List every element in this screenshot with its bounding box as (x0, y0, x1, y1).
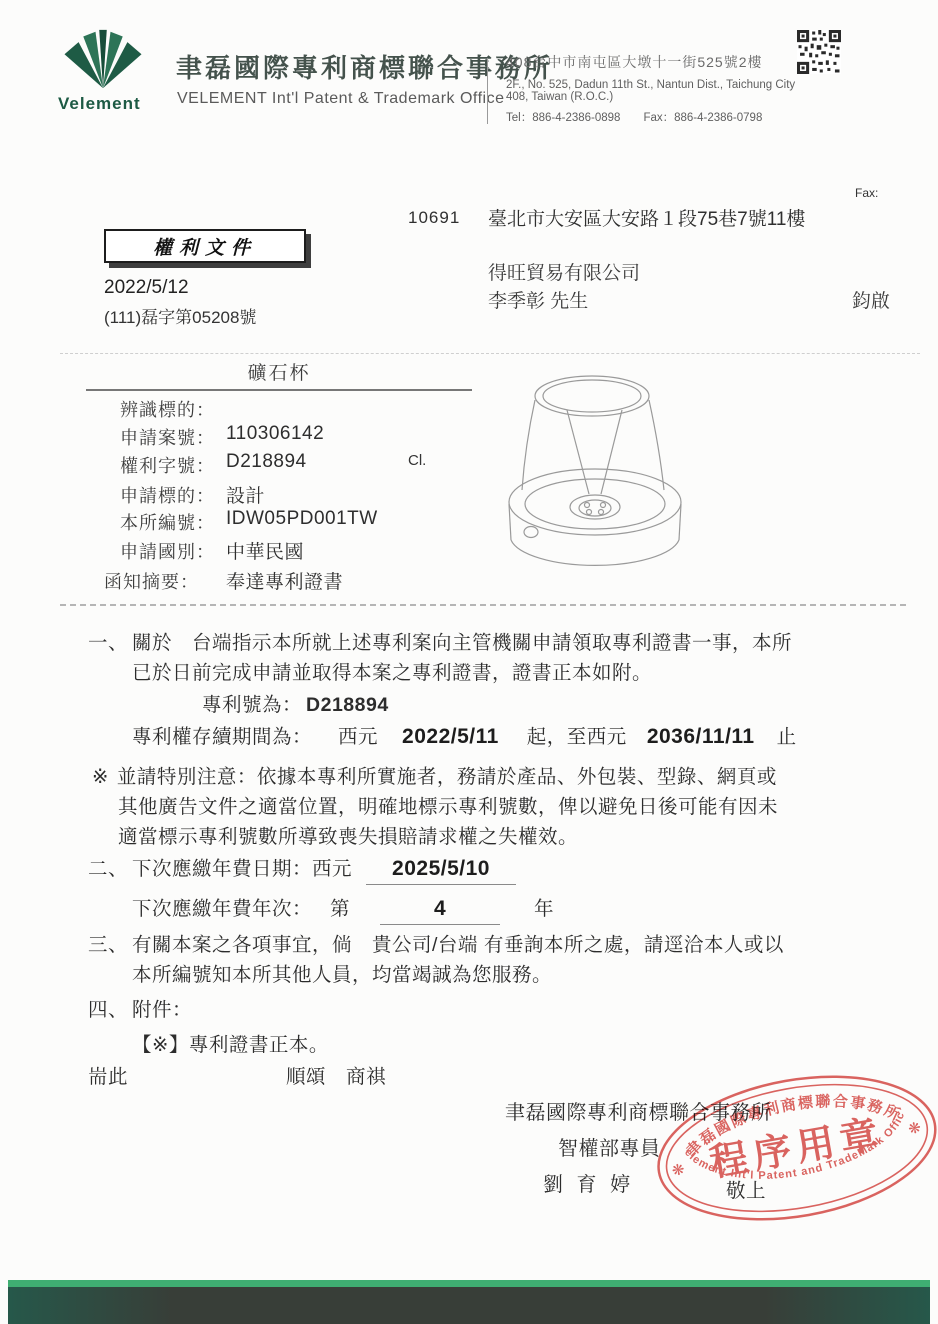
scan-separator-top (60, 353, 920, 354)
company-logo: Velement (58, 28, 158, 114)
fee-year-value: 4 (380, 894, 500, 925)
item1-number: 一、 (88, 628, 128, 658)
item4-attachment: 【※】專利證書正本。 (132, 1030, 329, 1060)
closing-duanci: 耑此 (88, 1062, 128, 1092)
scanned-letter-page: Velement 聿磊國際專利商標聯合事務所 VELEMENT Int'l Pa… (0, 0, 938, 1324)
footer-bar-light-strip (8, 1280, 930, 1287)
patent-term-line: 專利權存續期間為： 西元 2022/5/11 起，至西元 2036/11/11 … (132, 722, 797, 752)
doc-date: 2022/5/12 (104, 277, 189, 299)
fee-year-prefix: 第 (330, 894, 350, 924)
fee-date-label: 下次應繳年費日期：西元 (132, 854, 352, 884)
term-end-date: 2036/11/11 (647, 722, 755, 752)
item3-line2: 本所編號知本所其他人員，均當竭誠為您服務。 (132, 960, 552, 990)
notice-line2: 其他廣告文件之適當位置，明確地標示專利號數，俾以避免日後可能有因未 (118, 792, 778, 822)
office-tel-fax: Tel：886-4-2386-0898 Fax：886-4-2386-0798 (506, 109, 796, 125)
item4-number: 四、 (88, 995, 128, 1025)
item1-line1: 關於 台端指示本所就上述專利案向主管機關申請領取專利證書一事，本所 (132, 628, 792, 658)
fee-date-value: 2025/5/10 (366, 854, 516, 885)
field-value: 110306142 (226, 423, 324, 445)
office-name-zh: 聿磊國際專利商標聯合事務所 (176, 48, 553, 85)
fee-year-line: 下次應繳年費年次： 第 4 年 (132, 894, 554, 925)
term-label: 專利權存續期間為： (132, 722, 312, 752)
field-label: 申請標的： (120, 482, 215, 508)
office-address-en: 2F., No. 525, Dadun 11th St., Nantun Dis… (506, 79, 796, 103)
summary-value: 奉達專利證書 (226, 567, 343, 594)
patent-number-value: D218894 (306, 690, 389, 720)
product-drawing-mineral-cup (495, 352, 695, 587)
term-mid: 起，至西元 (527, 722, 627, 752)
item3-number: 三、 (88, 930, 128, 960)
term-start-date: 2022/5/11 (402, 722, 499, 752)
closing-shunsong: 順頌 商祺 (286, 1062, 386, 1092)
notice-line1-wrap: ※ 並請特別注意：依據本專利所實施者，務請於產品、外包裝、型錄、網頁或 (92, 762, 777, 792)
company-stamp: 聿磊國際專利商標聯合事務所 Velement Int'l Patent and … (642, 1052, 938, 1245)
stamp-left-flower-icon: ❋ (671, 1161, 686, 1180)
field-label: 本所編號： (120, 509, 215, 535)
item3-line1: 有關本案之各項事宜，倘 貴公司/台端 有垂詢本所之處，請逕洽本人或以 (132, 930, 784, 960)
postal-code: 10691 (408, 208, 460, 228)
closing-department: 智權部專員 (558, 1134, 661, 1164)
field-label: 申請國別： (120, 538, 215, 564)
office-address-zh: 408台中市南屯區大墩十一街525號2樓 (506, 52, 796, 72)
field-value: 中華民國 (226, 537, 304, 564)
stamp-right-flower-icon: ❋ (907, 1119, 922, 1138)
qr-code (797, 30, 841, 74)
office-address-block: 408台中市南屯區大墩十一街525號2樓 2F., No. 525, Dadun… (506, 52, 796, 125)
recipient-address: 臺北市大安區大安路１段75巷7號11樓 (488, 204, 805, 231)
field-value: D218894 (226, 451, 307, 473)
notice-line1: 並請特別注意：依據本專利所實施者，務請於產品、外包裝、型錄、網頁或 (117, 762, 777, 792)
field-label: 權利字號： (120, 452, 215, 478)
field-value: IDW05PD001TW (226, 508, 378, 530)
term-suffix: 止 (777, 722, 797, 752)
fee-date-line: 下次應繳年費日期：西元 2025/5/10 (132, 854, 516, 885)
field-label: 辨識標的： (120, 396, 215, 422)
item1-line2: 已於日前完成申請並取得本案之專利證書，證書正本如附。 (132, 658, 652, 688)
field-value: 設計 (226, 481, 265, 508)
patent-number-label: 專利號為： (202, 690, 302, 720)
fax-label: Fax: (855, 186, 878, 200)
term-era: 西元 (338, 722, 378, 752)
recipient-company: 得旺貿易有限公司 (488, 258, 640, 285)
notice-mark: ※ (92, 762, 109, 792)
logo-wordmark: Velement (58, 94, 158, 114)
footer-bar-dark-strip (8, 1287, 930, 1324)
office-name-en: VELEMENT Int'l Patent & Trademark Office (177, 90, 504, 108)
recipient-contact: 李季彰 先生 (488, 286, 588, 313)
body-separator (60, 604, 906, 606)
doc-ref-no: (111)磊字第05208號 (104, 303, 256, 328)
item4-label: 附件： (132, 995, 192, 1025)
patent-number-line: 專利號為： D218894 (202, 690, 389, 720)
notice-line3: 適當標示專利號數所導致喪失損賠請求權之失權效。 (118, 822, 578, 852)
field-extra-cl: Cl. (408, 452, 426, 469)
recipient-honorific: 鈞啟 (852, 286, 890, 313)
fee-year-suffix: 年 (534, 894, 554, 924)
summary-label: 函知摘要： (104, 568, 199, 594)
doc-type-box: 權利文件 (104, 229, 306, 263)
item2-number: 二、 (88, 854, 128, 884)
velement-fan-logo-icon (58, 28, 148, 90)
case-title: 礦石杯 (88, 358, 470, 385)
closing-person-name: 劉 育 婷 (543, 1170, 634, 1200)
fee-year-label: 下次應繳年費年次： (132, 894, 312, 924)
case-title-rule (86, 389, 472, 391)
footer-green-bar (8, 1280, 930, 1324)
doc-type-label: 權利文件 (153, 233, 257, 260)
field-label: 申請案號： (120, 424, 215, 450)
header-divider (487, 58, 488, 124)
